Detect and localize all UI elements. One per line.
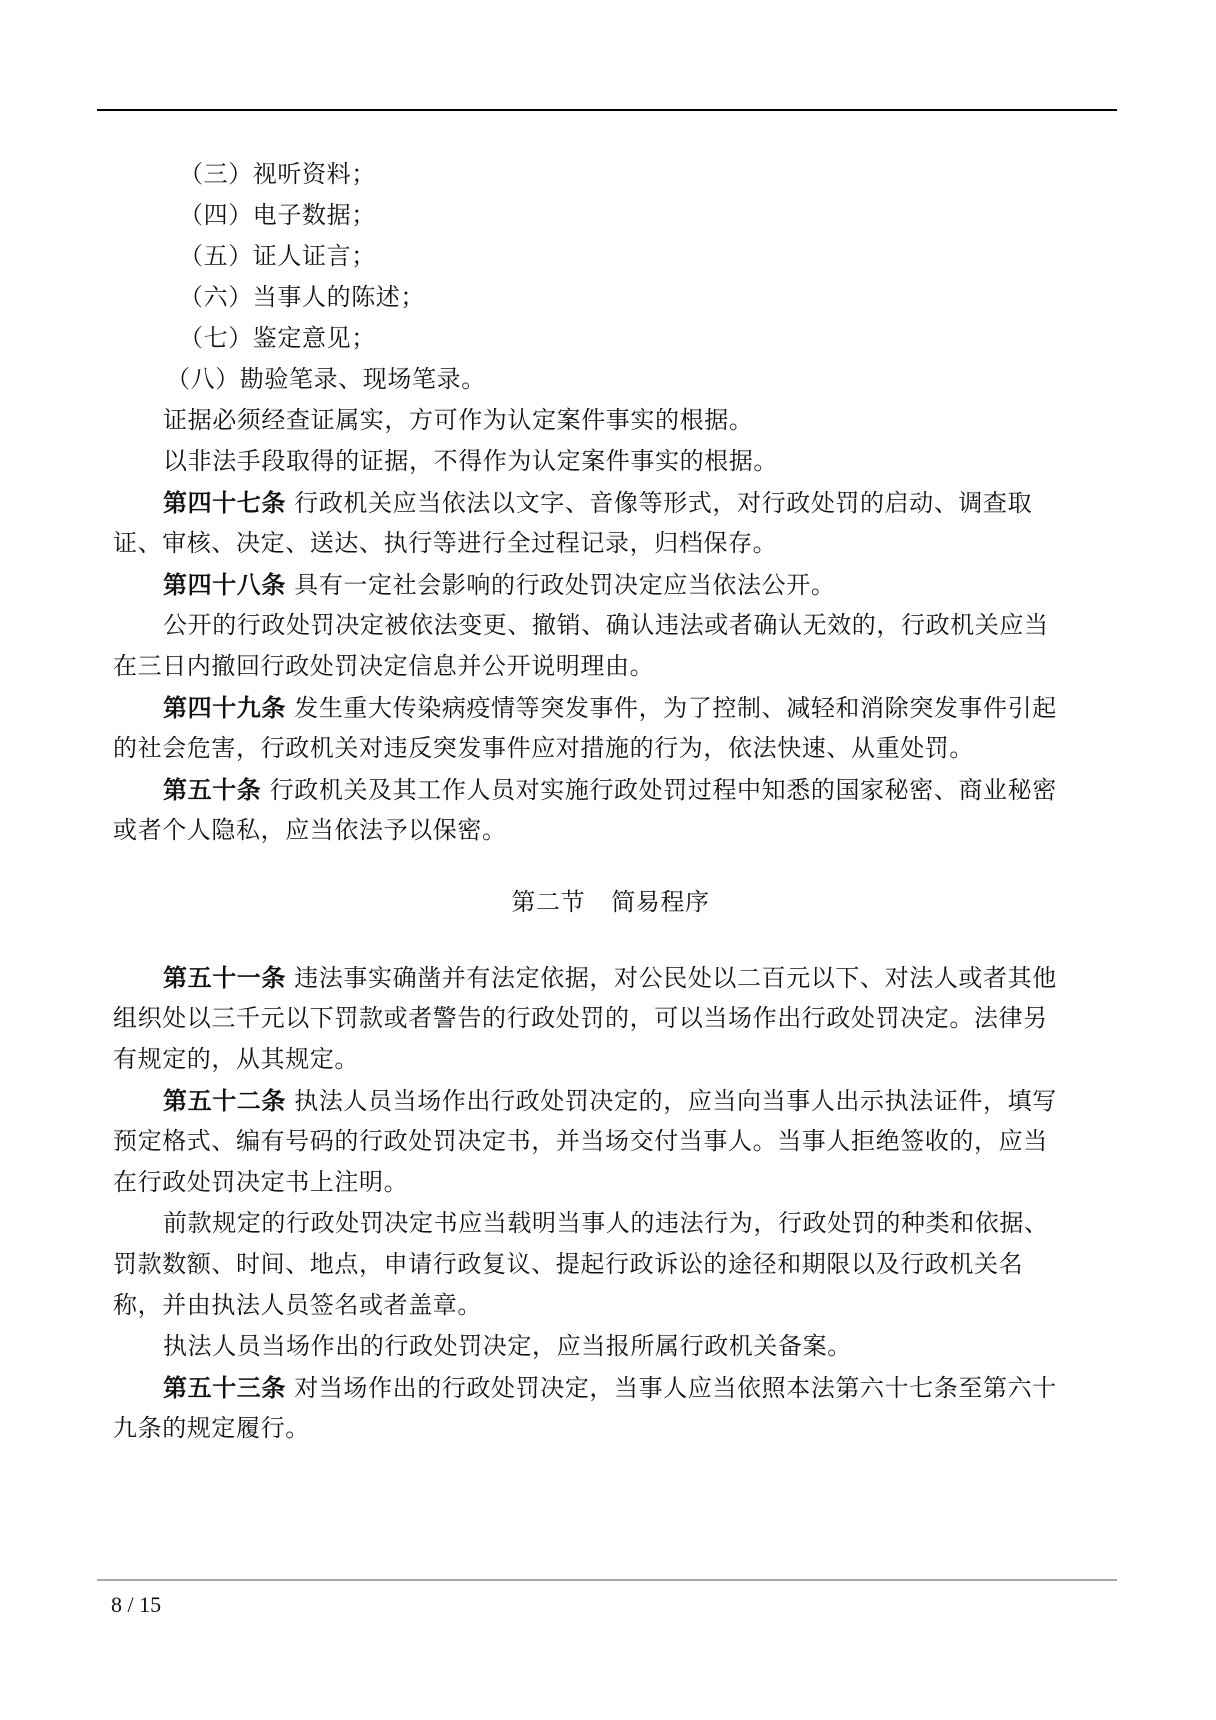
article-label: 第四十八条	[163, 570, 286, 599]
article-label: 第五十一条	[163, 963, 286, 992]
page-content: （三）视听资料； （四）电子数据； （五）证人证言； （六）当事人的陈述； （七…	[113, 154, 1118, 1449]
article-49: 第四十九条 发生重大传染病疫情等突发事件，为了控制、减轻和消除突发事件引起	[113, 687, 1118, 728]
article-text-line: 罚款数额、时间、地点，申请行政复议、提起行政诉讼的途径和期限以及行政机关名	[113, 1244, 1118, 1285]
article-text-line: 在行政处罚决定书上注明。	[113, 1162, 1118, 1203]
article-label: 第五十三条	[163, 1373, 286, 1402]
article-text: 行政机关应当依法以文字、音像等形式，对行政处罚的启动、调查取	[294, 489, 1032, 517]
article-text: 对当场作出的行政处罚决定，当事人应当依照本法第六十七条至第六十	[294, 1374, 1057, 1402]
article-52: 第五十二条 执法人员当场作出行政处罚决定的，应当向当事人出示执法证件，填写	[113, 1080, 1118, 1121]
article-text-line: 的社会危害，行政机关对违反突发事件应对措施的行为，依法快速、从重处罚。	[113, 728, 1118, 769]
paragraph: 公开的行政处罚决定被依法变更、撤销、确认违法或者确认无效的，行政机关应当	[113, 605, 1118, 646]
section-title: 简易程序	[611, 888, 709, 916]
article-text: 行政机关及其工作人员对实施行政处罚过程中知悉的国家秘密、商业秘密	[270, 776, 1057, 804]
article-text-line: 预定格式、编有号码的行政处罚决定书，并当场交付当事人。当事人拒绝签收的，应当	[113, 1121, 1118, 1162]
section-number: 第二节	[511, 888, 585, 916]
list-item: （三）视听资料；	[113, 154, 1118, 195]
article-text-line: 或者个人隐私，应当依法予以保密。	[113, 810, 1118, 851]
footer-rule	[97, 1579, 1117, 1581]
article-47: 第四十七条 行政机关应当依法以文字、音像等形式，对行政处罚的启动、调查取	[113, 482, 1118, 523]
article-51: 第五十一条 违法事实确凿并有法定依据，对公民处以二百元以下、对法人或者其他	[113, 957, 1118, 998]
header-rule	[97, 109, 1117, 111]
list-item: （六）当事人的陈述；	[113, 277, 1118, 318]
list-item: （五）证人证言；	[113, 236, 1118, 277]
article-50: 第五十条 行政机关及其工作人员对实施行政处罚过程中知悉的国家秘密、商业秘密	[113, 769, 1118, 810]
article-label: 第四十七条	[163, 488, 286, 517]
list-item: （四）电子数据；	[113, 195, 1118, 236]
article-text: 执法人员当场作出行政处罚决定的，应当向当事人出示执法证件，填写	[294, 1087, 1057, 1115]
article-53: 第五十三条 对当场作出的行政处罚决定，当事人应当依照本法第六十七条至第六十	[113, 1367, 1118, 1408]
article-text: 发生重大传染病疫情等突发事件，为了控制、减轻和消除突发事件引起	[294, 694, 1057, 722]
article-label: 第五十条	[163, 775, 261, 804]
article-48: 第四十八条 具有一定社会影响的行政处罚决定应当依法公开。	[113, 564, 1118, 605]
article-text-line: 在三日内撤回行政处罚决定信息并公开说明理由。	[113, 646, 1118, 687]
article-label: 第五十二条	[163, 1086, 286, 1115]
paragraph: 执法人员当场作出的行政处罚决定，应当报所属行政机关备案。	[113, 1326, 1118, 1367]
article-text: 违法事实确凿并有法定依据，对公民处以二百元以下、对法人或者其他	[294, 964, 1057, 992]
article-text-line: 九条的规定履行。	[113, 1408, 1118, 1449]
list-item: （七）鉴定意见；	[113, 318, 1118, 359]
article-text-line: 有规定的，从其规定。	[113, 1039, 1118, 1080]
article-label: 第四十九条	[163, 693, 286, 722]
section-heading: 第二节简易程序	[113, 882, 1118, 923]
paragraph: 以非法手段取得的证据，不得作为认定案件事实的根据。	[113, 441, 1118, 482]
article-text-line: 证、审核、决定、送达、执行等进行全过程记录，归档保存。	[113, 523, 1118, 564]
page-number: 8 / 15	[111, 1588, 161, 1622]
article-text: 具有一定社会影响的行政处罚决定应当依法公开。	[294, 571, 835, 599]
list-item: （八）勘验笔录、现场笔录。	[113, 359, 1118, 400]
paragraph: 前款规定的行政处罚决定书应当载明当事人的违法行为，行政处罚的种类和依据、	[113, 1203, 1118, 1244]
article-text-line: 组织处以三千元以下罚款或者警告的行政处罚的，可以当场作出行政处罚决定。法律另	[113, 998, 1118, 1039]
article-text-line: 称，并由执法人员签名或者盖章。	[113, 1285, 1118, 1326]
document-page: （三）视听资料； （四）电子数据； （五）证人证言； （六）当事人的陈述； （七…	[0, 0, 1216, 1720]
paragraph: 证据必须经查证属实，方可作为认定案件事实的根据。	[113, 400, 1118, 441]
